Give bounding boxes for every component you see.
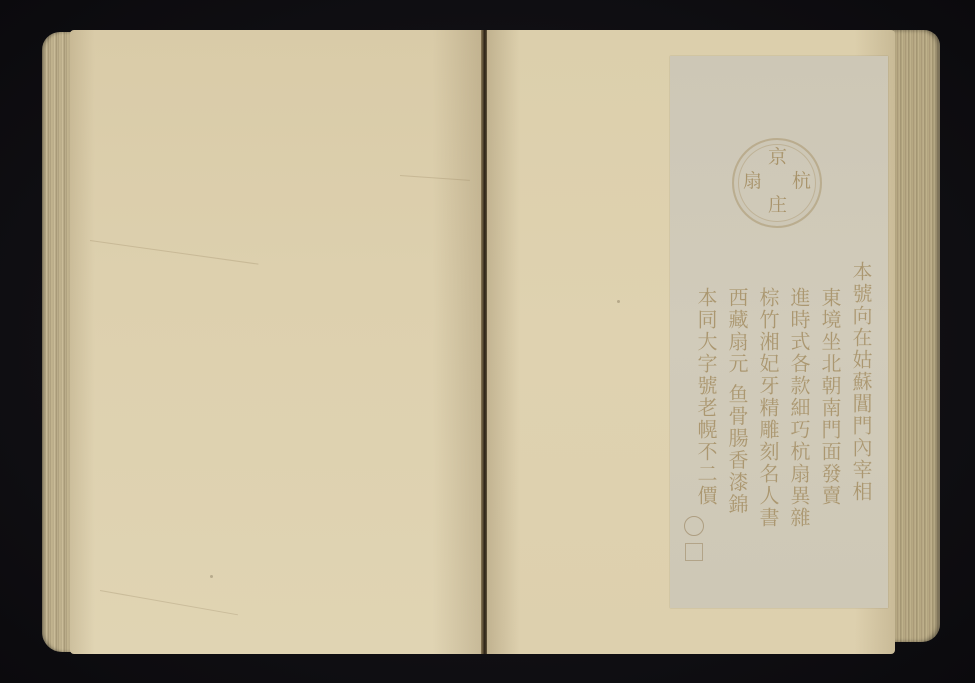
label-column-5: 西藏扇元 鱼骨腸香漆錦	[723, 287, 750, 529]
label-column-6: 本同大字號老幌不二價	[692, 287, 719, 529]
left-page	[70, 30, 482, 654]
label-column-1: 本號向在姑蘇閶門內宰相	[847, 261, 874, 529]
right-page-edges	[888, 30, 940, 642]
paper-speck	[210, 575, 213, 578]
round-shop-seal: 京 杭 扇 庄	[732, 138, 822, 228]
small-square-seal-icon	[685, 543, 703, 561]
seal-char-right: 杭	[792, 172, 811, 191]
paper-speck	[617, 300, 620, 303]
pasted-shop-label: 京 杭 扇 庄 本號向在姑蘇閶門內宰相 東境坐北朝南門面發賣 進時式各款細巧杭扇…	[670, 56, 888, 608]
seal-char-top: 京	[768, 148, 787, 167]
label-column-2: 東境坐北朝南門面發賣	[816, 287, 843, 529]
small-round-seal-icon	[684, 516, 704, 536]
paper-crease	[90, 240, 258, 265]
paper-crease	[100, 590, 238, 615]
seal-char-left: 扇	[743, 172, 762, 191]
label-column-4: 棕竹湘妃牙精雕刻名人書	[754, 287, 781, 529]
paper-crease	[400, 175, 470, 181]
label-text-columns: 本號向在姑蘇閶門內宰相 東境坐北朝南門面發賣 進時式各款細巧杭扇異雜 棕竹湘妃牙…	[692, 261, 874, 529]
label-column-3: 進時式各款細巧杭扇異雜	[785, 287, 812, 529]
seal-char-bottom: 庄	[768, 196, 787, 215]
